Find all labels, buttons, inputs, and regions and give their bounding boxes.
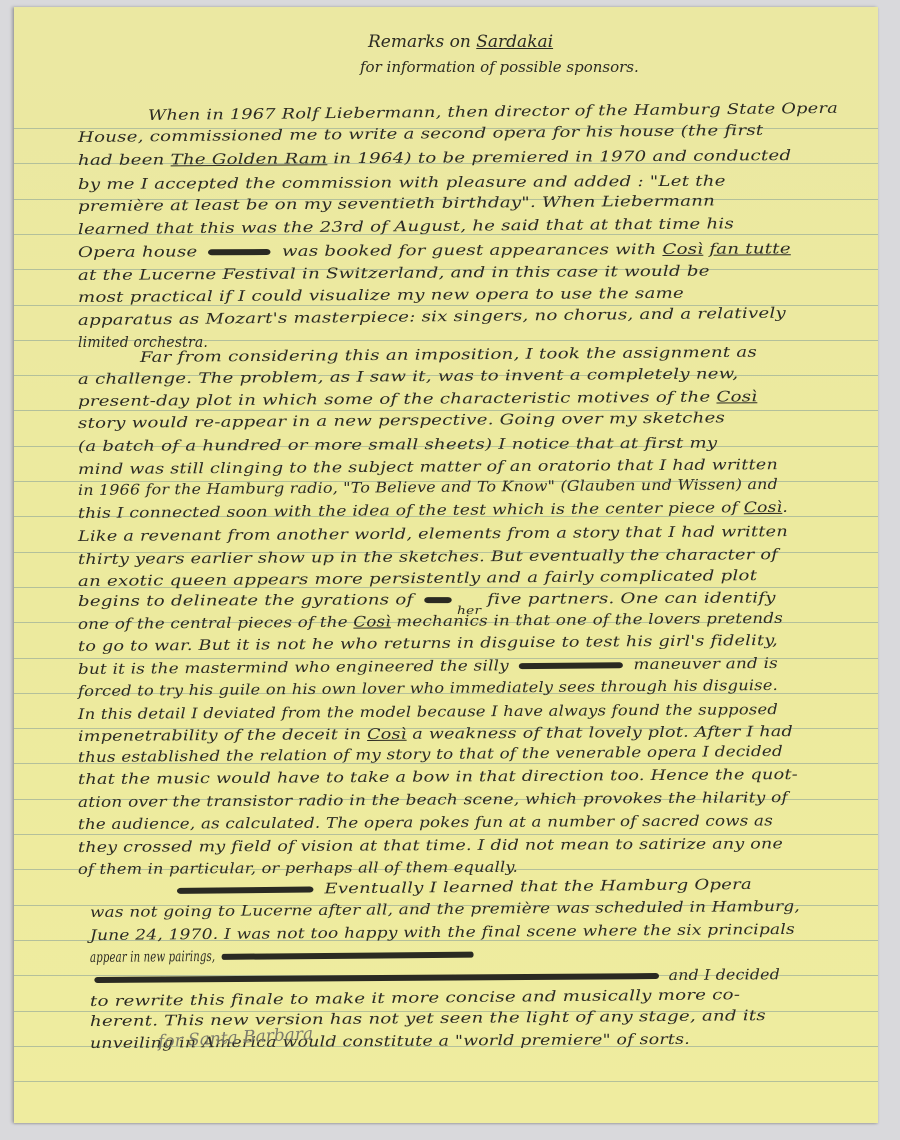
underlined-title: The Golden Ram (171, 151, 328, 168)
struck-out-text (94, 973, 659, 983)
handwritten-line: (a batch of a hundred or more small shee… (78, 436, 717, 455)
underlined-title: Così (744, 500, 783, 516)
handwritten-line: appear in new pairings, (90, 947, 476, 966)
title-prefix: Remarks on (368, 32, 476, 52)
underlined-title: Così (662, 242, 703, 258)
document-title: Remarks on Sardakai (368, 32, 553, 52)
document-subtitle: for information of possible sponsors. (360, 58, 639, 76)
struck-out-text (221, 952, 473, 960)
underlined-title: Così (716, 389, 757, 405)
ruled-line (14, 834, 878, 835)
struck-out-text (177, 887, 314, 894)
handwritten-line: by me I accepted the commission with ple… (78, 174, 726, 193)
title-opera-name: Sardakai (476, 32, 553, 52)
underlined-title: Così (367, 727, 407, 743)
struck-out-text (208, 249, 271, 255)
ruled-line (14, 1081, 878, 1082)
ruled-line (14, 410, 878, 411)
struck-with-insertion: her (419, 592, 481, 608)
underlined-title: Così (353, 614, 391, 630)
handwritten-line: of them in particular, or perhaps all of… (78, 860, 518, 878)
underlined-title: fan tutte (709, 241, 791, 257)
struck-out-text (519, 662, 623, 669)
